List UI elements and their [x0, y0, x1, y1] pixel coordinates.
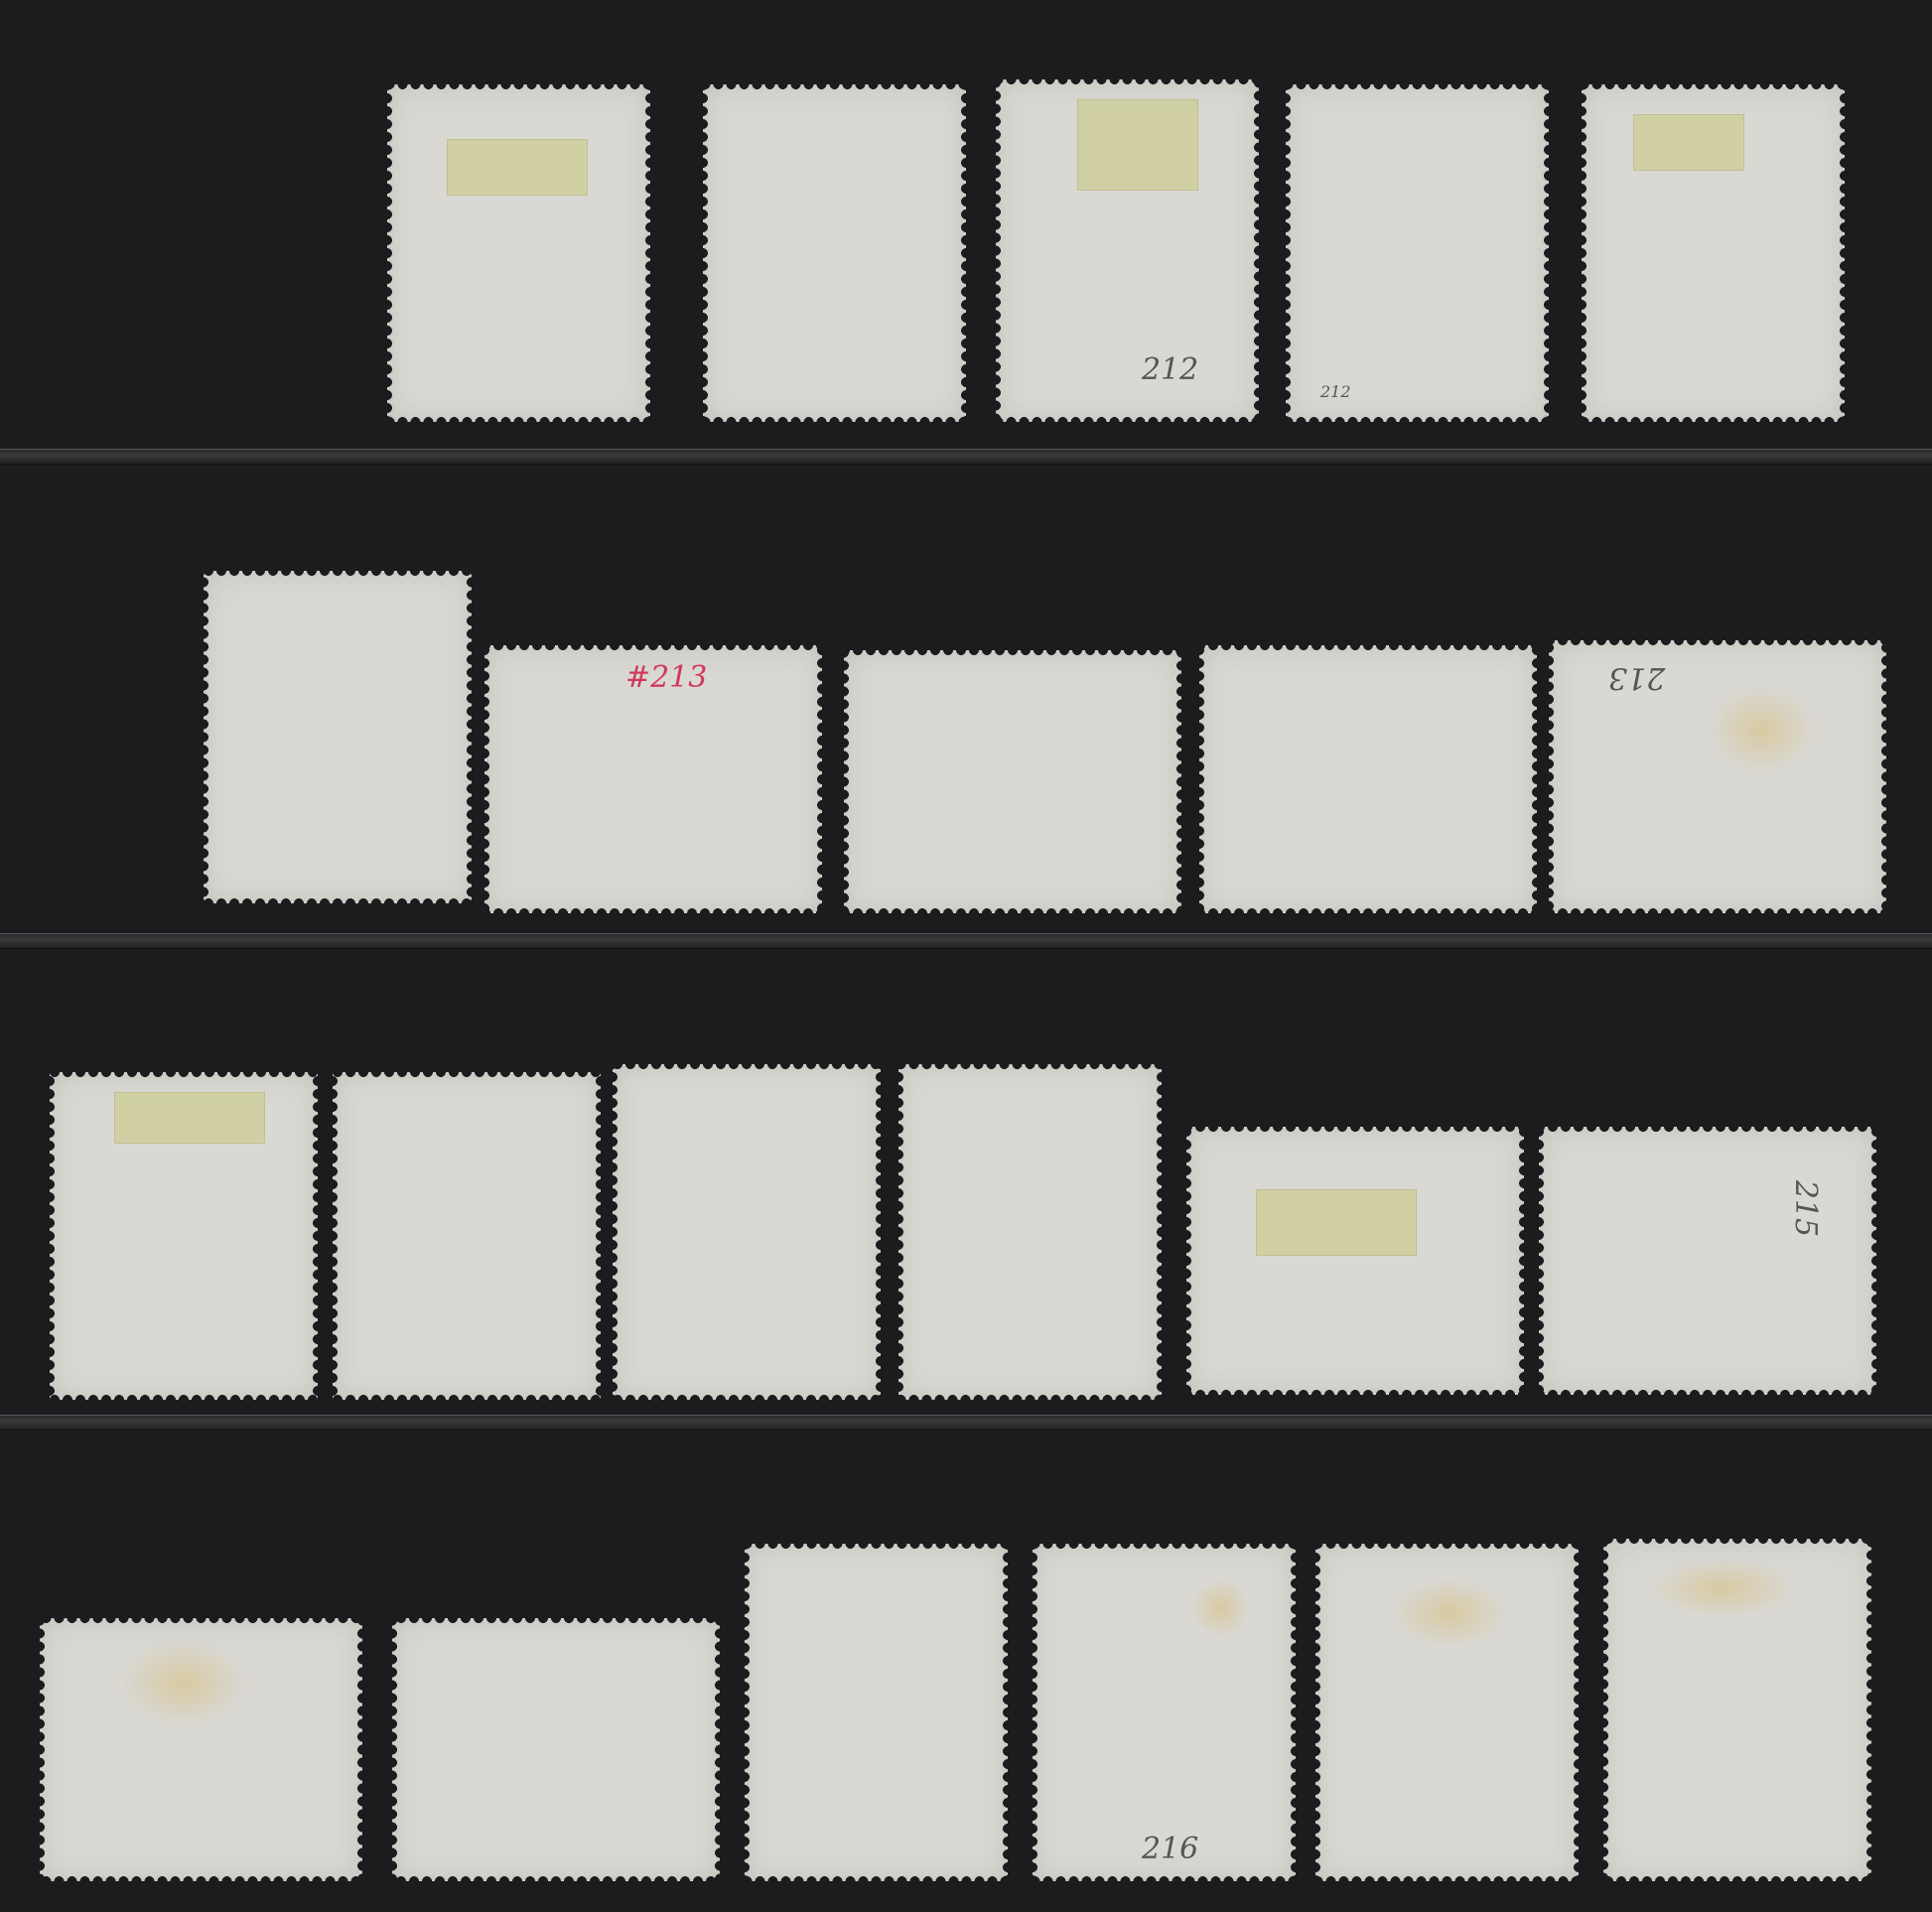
hinge-remnant [1256, 1189, 1417, 1256]
hinge-remnant [1077, 99, 1198, 191]
stamp-back [898, 1064, 1162, 1400]
pencil-notation: 216 [1142, 1832, 1198, 1866]
stamp-back [745, 1544, 1008, 1881]
toning-stain [119, 1638, 248, 1727]
pencil-notation: 213 [1608, 660, 1665, 695]
stamp-back [1539, 1127, 1876, 1395]
toning-stain [1708, 685, 1817, 774]
hinge-remnant [114, 1092, 265, 1144]
pencil-notation: 212 [1142, 352, 1198, 387]
stamp-back [703, 84, 966, 422]
toning-stain [1648, 1559, 1797, 1618]
pencil-notation: #213 [625, 660, 707, 695]
stamp-back [387, 84, 650, 422]
stamp-back [204, 571, 472, 903]
toning-stain [1390, 1578, 1509, 1648]
stamp-back [1199, 645, 1537, 913]
stamp-back [613, 1064, 881, 1400]
stamp-back [1033, 1544, 1296, 1881]
hinge-remnant [1633, 114, 1744, 171]
stamp-back [333, 1072, 601, 1400]
stamp-back [1286, 84, 1549, 422]
stock-strip [0, 449, 1932, 465]
stamp-back [844, 650, 1181, 913]
stamp-back [1549, 640, 1886, 913]
stamp-back [392, 1618, 720, 1881]
pencil-notation: 215 [1788, 1180, 1823, 1237]
hinge-remnant [447, 139, 588, 196]
stock-strip [0, 933, 1932, 949]
pencil-notation: 212 [1320, 382, 1351, 401]
toning-stain [1191, 1578, 1251, 1638]
stock-strip [0, 1415, 1932, 1431]
stamp-back [1186, 1127, 1524, 1395]
